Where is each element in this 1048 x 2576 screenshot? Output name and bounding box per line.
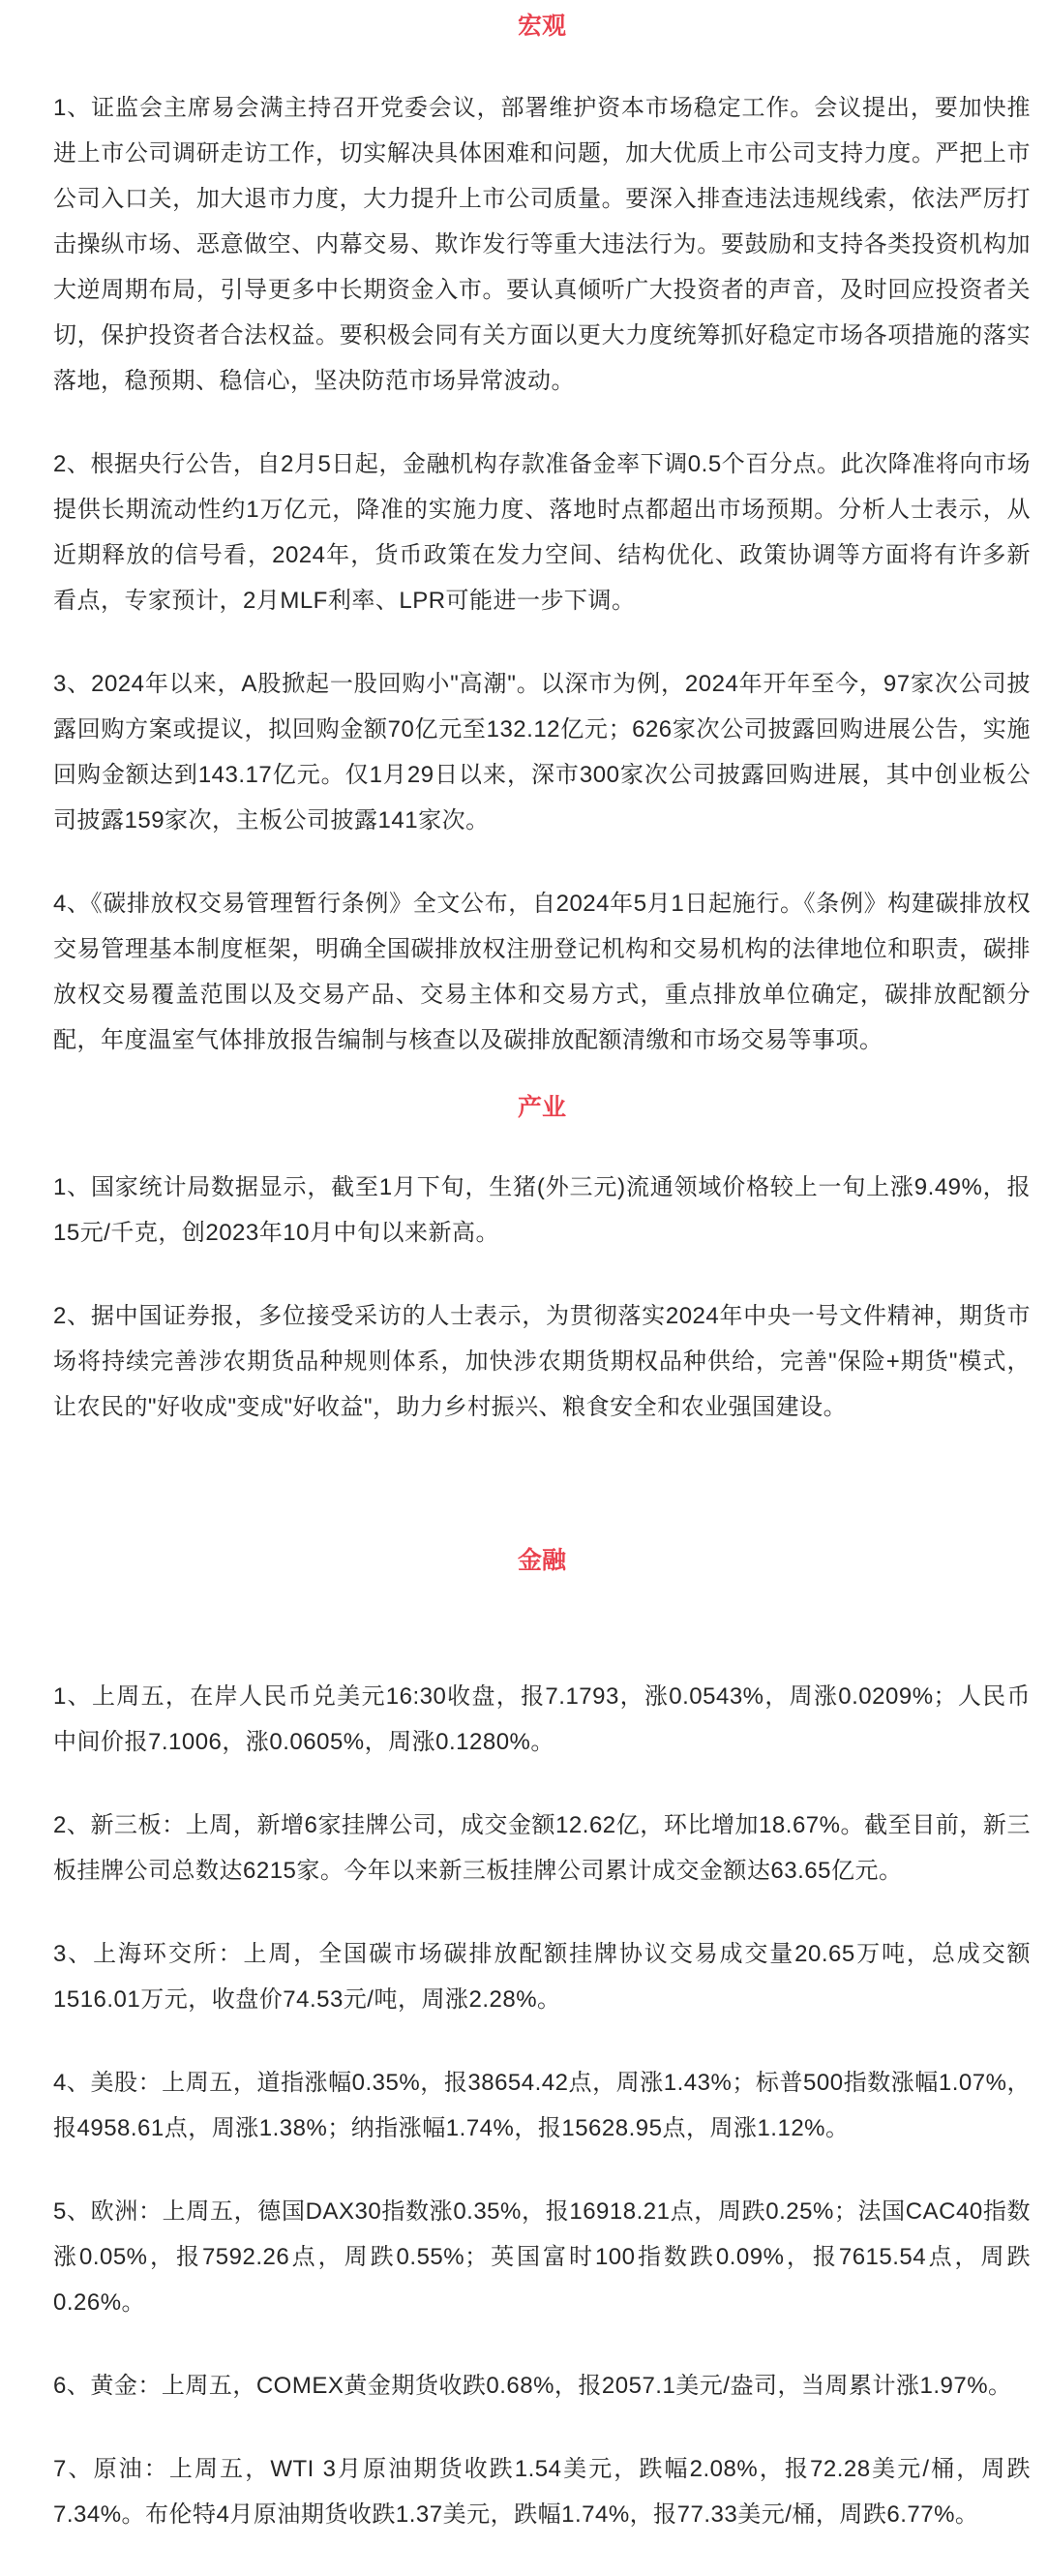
finance-paragraph-5: 5、欧洲：上周五，德国DAX30指数涨0.35%，报16918.21点，周跌0.… [53,2189,1031,2325]
finance-paragraph-7: 7、原油：上周五，WTI 3月原油期货收跌1.54美元，跌幅2.08%，报72.… [53,2446,1031,2537]
macro-paragraph-1: 1、证监会主席易会满主持召开党委会议，部署维护资本市场稳定工作。会议提出，要加快… [53,85,1031,404]
section-title-macro: 宏观 [53,10,1031,43]
macro-paragraph-4: 4、《碳排放权交易管理暂行条例》全文公布，自2024年5月1日起施行。《条例》构… [53,881,1031,1063]
finance-paragraph-1: 1、上周五，在岸人民币兑美元16:30收盘，报7.1793，涨0.0543%，周… [53,1674,1031,1765]
finance-paragraph-2: 2、新三板：上周，新增6家挂牌公司，成交金额12.62亿，环比增加18.67%。… [53,1803,1031,1894]
finance-paragraph-6: 6、黄金：上周五，COMEX黄金期货收跌0.68%，报2057.1美元/盎司，当… [53,2363,1031,2409]
news-digest-article: 宏观 1、证监会主席易会满主持召开党委会议，部署维护资本市场稳定工作。会议提出，… [0,0,1048,2576]
industry-paragraph-2: 2、据中国证券报，多位接受采访的人士表示，为贯彻落实2024年中央一号文件精神，… [53,1293,1031,1430]
section-title-industry: 产业 [53,1091,1031,1124]
finance-paragraph-3: 3、上海环交所：上周，全国碳市场碳排放配额挂牌协议交易成交量20.65万吨，总成… [53,1931,1031,2022]
macro-paragraph-3: 3、2024年以来，A股掀起一股回购小"高潮"。以深市为例，2024年开年至今，… [53,661,1031,843]
industry-paragraph-1: 1、国家统计局数据显示，截至1月下旬，生猪(外三元)流通领域价格较上一旬上涨9.… [53,1165,1031,1256]
finance-paragraph-4: 4、美股：上周五，道指涨幅0.35%，报38654.42点，周涨1.43%；标普… [53,2060,1031,2151]
section-title-finance: 金融 [53,1544,1031,1577]
macro-paragraph-2: 2、根据央行公告，自2月5日起，金融机构存款准备金率下调0.5个百分点。此次降准… [53,441,1031,623]
